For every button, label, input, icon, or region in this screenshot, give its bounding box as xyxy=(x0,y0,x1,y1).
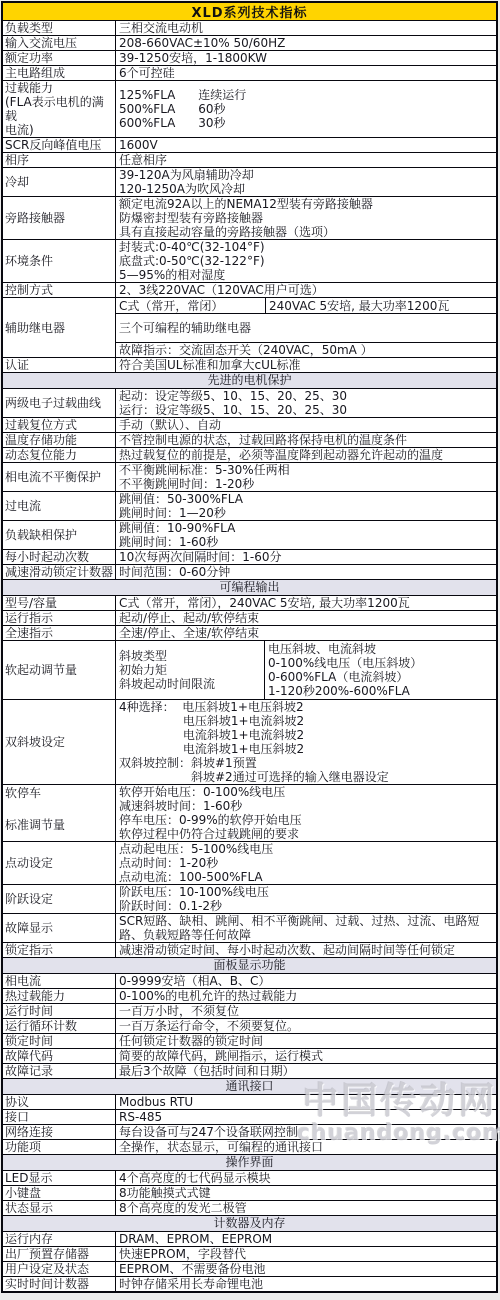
row-label-line: 故障记录 xyxy=(5,1064,113,1078)
value-line: EEPROM、不需要备份电池 xyxy=(119,1262,493,1276)
value-line: 最后3个故障（包括时间和日期） xyxy=(119,1064,493,1078)
value-line: 减速斜坡时间：1-60秒 xyxy=(119,799,493,813)
row-label: 故障代码 xyxy=(3,1049,116,1063)
row-label-line: 认证 xyxy=(5,358,113,372)
value-line: 点动时间：1-20秒 xyxy=(119,856,493,870)
spec-row: 出厂预置存储器快速EPROM，字段替代 xyxy=(3,1246,496,1261)
row-label-line: 冷却 xyxy=(5,175,113,189)
spec-row: 旁路接触器额定电流92A以上的NEMA12型装有旁路接触器防爆密封型装有旁路接触… xyxy=(3,196,496,239)
row-label-line: 协议 xyxy=(5,1095,113,1109)
row-value: 三相交流电动机 xyxy=(116,21,496,35)
row-label: 接口 xyxy=(3,1110,116,1124)
spec-row: SCR反向峰值电压1600V xyxy=(3,137,496,152)
spec-row: 运行循环计数一百万条运行命令，不须要复位。 xyxy=(3,1018,496,1033)
row-label-line: 状态显示 xyxy=(5,1201,113,1215)
spec-row: 控制方式2、3线220VAC（120VAC用户可选） xyxy=(3,282,496,297)
value-line: 39-1250安培，1-1800KW xyxy=(119,51,493,65)
row-value: 任意相序 xyxy=(116,153,496,167)
spec-row: 点动设定点动起电压：5-100%线电压点动时间：1-20秒点动电流：100-50… xyxy=(3,841,496,884)
value-line: 6个可控硅 xyxy=(119,66,493,80)
row-label-line: 接口 xyxy=(5,1110,113,1124)
sub-row: C式（常开，常闭）240VAC 5安培, 最大功率1200瓦 xyxy=(116,298,496,313)
row-value: 125%FLA 连续运行500%FLA 60秒600%FLA 30秒 xyxy=(116,81,496,137)
row-label: 状态显示 xyxy=(3,1201,116,1215)
spec-row: 小键盘8功能触摸式式键 xyxy=(3,1185,496,1200)
row-label-line: 出厂预置存储器 xyxy=(5,1247,113,1261)
section-header: 可编程输出 xyxy=(3,579,496,595)
value-line: 一百万条运行命令，不须要复位。 xyxy=(119,1019,493,1033)
row-value: 时间范围：0-60分钟 xyxy=(116,565,496,579)
row-label-line: 负载缺相保护 xyxy=(5,528,113,542)
row-label: 运行时间 xyxy=(3,1004,116,1018)
spec-row: 阶跃设定阶跃电压：10-100%线电压阶跃时间：0.1-2秒 xyxy=(3,884,496,913)
row-label-line: 故障显示 xyxy=(5,921,113,935)
row-value: 快速EPROM，字段替代 xyxy=(116,1247,496,1261)
row-label-line: 输入交流电压 xyxy=(5,36,113,50)
sub-cell-text: 三个可编程的辅助继电器 xyxy=(119,321,493,335)
row-label: 温度存储功能 xyxy=(3,433,116,447)
spec-row: 两级电子过载曲线起动：设定等级5、10、15、20、25、30运行：设定等级5、… xyxy=(3,388,496,417)
row-label: 每小时起动次数 xyxy=(3,550,116,564)
value-line: 三相交流电动机 xyxy=(119,21,493,35)
row-label-line: 过载能力 xyxy=(5,81,113,95)
row-value: 8个高亮度的发光二极管 xyxy=(116,1201,496,1215)
row-label: 全速指示 xyxy=(3,626,116,640)
row-label-line: 负载类型 xyxy=(5,21,113,35)
row-label-line: 点动设定 xyxy=(5,856,113,870)
row-label-line: 小键盘 xyxy=(5,1186,113,1200)
row-label: 用户设定及状态 xyxy=(3,1262,116,1276)
sub-cell-text: 240VAC 5安培, 最大功率1200瓦 xyxy=(269,299,493,313)
spec-row: 过载复位方式手动（默认）、自动 xyxy=(3,417,496,432)
row-label-line: 锁定时间 xyxy=(5,1034,113,1048)
spec-row: 相序任意相序 xyxy=(3,152,496,167)
row-label: 锁定时间 xyxy=(3,1034,116,1048)
spec-row: 负载缺相保护跳闸值：10-90%FLA跳闸时间：1-60秒 xyxy=(3,520,496,549)
value-line: 1600V xyxy=(119,138,493,152)
row-label-line: 故障代码 xyxy=(5,1049,113,1063)
sub-row: 故障指示：交流固态开关（240VAC，50mA ） xyxy=(116,342,496,357)
spec-row: 主电路组成6个可控硅 xyxy=(3,65,496,80)
row-label: 过电流 xyxy=(3,492,116,520)
value-line: 2、3线220VAC（120VAC用户可选） xyxy=(119,283,493,297)
split-left-line: 初始力矩 xyxy=(119,663,261,677)
value-line: 跳闸值：10-90%FLA xyxy=(119,521,493,535)
row-value: 任何锁定计数器的锁定时间 xyxy=(116,1034,496,1048)
split-right-line: 电压斜坡、电流斜坡 xyxy=(268,642,493,656)
value-line: 运行：设定等级5、10、15、20、25、30 xyxy=(119,403,493,417)
row-label-line: 锁定指示 xyxy=(5,943,113,957)
row-label: 输入交流电压 xyxy=(3,36,116,50)
value-line: 全操作，状态显示，可编程的通讯接口 xyxy=(119,1140,493,1154)
value-line: 时间范围：0-60分钟 xyxy=(119,565,493,579)
value-line: 跳闸值：50-300%FLA xyxy=(119,492,493,506)
value-line: 0-9999安培（相A、B、C） xyxy=(119,974,493,988)
spec-row: 功能项全操作，状态显示，可编程的通讯接口 xyxy=(3,1139,496,1154)
row-value: 简要的故障代码，跳闸指示，运行模式 xyxy=(116,1049,496,1063)
row-value: 额定电流92A以上的NEMA12型装有旁路接触器防爆密封型装有旁路接触器具有直接… xyxy=(116,197,496,239)
row-label: 相电流不平衡保护 xyxy=(3,463,116,491)
value-line: 跳闸时间：1—20秒 xyxy=(119,506,493,520)
row-value: 点动起电压：5-100%线电压点动时间：1-20秒点动电流：100-500%FL… xyxy=(116,842,496,884)
row-label: 负载类型 xyxy=(3,21,116,35)
row-label-line: 相电流不平衡保护 xyxy=(5,470,113,484)
row-value: RS-485 xyxy=(116,1110,496,1124)
row-label-line: 减速滑动锁定计数器 xyxy=(5,565,113,579)
value-line: 热过载复位的前提是，必须等温度降到起动器允许起动的温度 xyxy=(119,448,493,462)
value-line: 500%FLA 60秒 xyxy=(119,102,493,116)
value-line: 手动（默认）、自动 xyxy=(119,418,493,432)
value-line: 点动起电压：5-100%线电压 xyxy=(119,842,493,856)
row-value: 跳闸值：10-90%FLA跳闸时间：1-60秒 xyxy=(116,521,496,549)
value-line: 电流斜坡1+电压斜坡2 xyxy=(119,742,493,756)
row-label: 故障记录 xyxy=(3,1064,116,1078)
row-value: Modbus RTU xyxy=(116,1095,496,1109)
row-label-line: 旁路接触器 xyxy=(5,211,113,225)
spec-row: 环境条件封装式:0-40℃(32-104°F)底盘式:0-50℃(32-122°… xyxy=(3,239,496,282)
value-line: 底盘式:0-50℃(32-122°F) xyxy=(119,254,493,268)
value-line: 任何锁定计数器的锁定时间 xyxy=(119,1034,493,1048)
value-line: 封装式:0-40℃(32-104°F) xyxy=(119,240,493,254)
value-line: 斜坡#2通过可选择的输入继电器设定 xyxy=(119,770,493,784)
value-line: C式（常开，常闭），240VAC 5安培, 最大功率1200瓦 xyxy=(119,596,493,610)
row-label: 额定功率 xyxy=(3,51,116,65)
value-line: 125%FLA 连续运行 xyxy=(119,88,493,102)
row-label: 协议 xyxy=(3,1095,116,1109)
value-line: 跳闸时间：1-60秒 xyxy=(119,535,493,549)
value-line: 符合美国UL标准和加拿大cUL标准 xyxy=(119,358,493,372)
section-header: 通讯接口 xyxy=(3,1078,496,1094)
spec-row: 负载类型三相交流电动机 xyxy=(3,20,496,35)
row-label-line: 运行指示 xyxy=(5,611,113,625)
value-line: 起动：设定等级5、10、15、20、25、30 xyxy=(119,389,493,403)
value-line: 120-1250A为吹风冷却 xyxy=(119,182,493,196)
split-left-line: 斜坡起动时间限流 xyxy=(119,677,261,691)
row-label: 运行循环计数 xyxy=(3,1019,116,1033)
row-value: 6个可控硅 xyxy=(116,66,496,80)
row-label-line: (FLA表示电机的满载 xyxy=(5,95,113,123)
row-label-line: 型号/容量 xyxy=(5,596,113,610)
split-cell: 斜坡类型初始力矩斜坡起动时间限流电压斜坡、电流斜坡0-100%线电压（电压斜坡）… xyxy=(116,641,496,699)
split-right-line: 0-600%FLA（电流斜坡） xyxy=(268,670,493,684)
spec-row: 输入交流电压208-660VAC±10% 50/60HZ xyxy=(3,35,496,50)
value-line: 简要的故障代码，跳闸指示，运行模式 xyxy=(119,1049,493,1063)
row-label: 功能项 xyxy=(3,1140,116,1154)
value-line: 600%FLA 30秒 xyxy=(119,116,493,130)
value-line: 208-660VAC±10% 50/60HZ xyxy=(119,36,493,50)
row-label-line: 实时时间计数器 xyxy=(5,1277,113,1291)
row-value: 2、3线220VAC（120VAC用户可选） xyxy=(116,283,496,297)
section-header: 操作界面 xyxy=(3,1154,496,1170)
spec-row: 运行时间一百万小时，不须复位 xyxy=(3,1003,496,1018)
value-line: 5—95%的相对湿度 xyxy=(119,268,493,282)
value-line: SCR短路、缺相、跳闸、相不平衡跳闸、过载、过热、过流、电路短路、负载短路等任何… xyxy=(119,914,493,942)
row-label: 型号/容量 xyxy=(3,596,116,610)
value-line: 每台设备可与247个设备联网控制 xyxy=(119,1125,493,1139)
spec-row: 软停车标准调节量软停开始电压：0-100%线电压减速斜坡时间：1-60秒停车电压… xyxy=(3,784,496,841)
row-label: 环境条件 xyxy=(3,240,116,282)
row-label-line: 相序 xyxy=(5,153,113,167)
value-line: 电流斜坡1+电流斜坡2 xyxy=(119,728,493,742)
split-left-line: 斜坡类型 xyxy=(119,649,261,663)
row-value: 全操作，状态显示，可编程的通讯接口 xyxy=(116,1140,496,1154)
value-line: 4种选择： 电压斜坡1+电压斜坡2 xyxy=(119,700,493,714)
spec-row: 软起动调节量斜坡类型初始力矩斜坡起动时间限流电压斜坡、电流斜坡0-100%线电压… xyxy=(3,640,496,699)
split-left-column: 斜坡类型初始力矩斜坡起动时间限流 xyxy=(116,641,265,699)
spec-row: 温度存储功能不管控制电源的状态，过载回路将保持电机的温度条件 xyxy=(3,432,496,447)
spec-row: 用户设定及状态EEPROM、不需要备份电池 xyxy=(3,1261,496,1276)
row-value: 一百万条运行命令，不须要复位。 xyxy=(116,1019,496,1033)
row-value: 手动（默认）、自动 xyxy=(116,418,496,432)
row-label-line: 控制方式 xyxy=(5,283,113,297)
row-value: 封装式:0-40℃(32-104°F)底盘式:0-50℃(32-122°F)5—… xyxy=(116,240,496,282)
spec-row: 锁定时间任何锁定计数器的锁定时间 xyxy=(3,1033,496,1048)
spec-row: 辅助继电器C式（常开，常闭）240VAC 5安培, 最大功率1200瓦三个可编程… xyxy=(3,297,496,357)
value-line: 8功能触摸式式键 xyxy=(119,1186,493,1200)
spec-row: 相电流不平衡保护不平衡跳闸标准：5-30%任两相不平衡跳闸时间：1-20秒 xyxy=(3,462,496,491)
row-label: 锁定指示 xyxy=(3,943,116,957)
spec-row: 额定功率39-1250安培，1-1800KW xyxy=(3,50,496,65)
spec-row: 双斜坡设定4种选择： 电压斜坡1+电压斜坡2 电压斜坡1+电流斜坡2 电流斜坡1… xyxy=(3,699,496,784)
row-label: 阶跃设定 xyxy=(3,885,116,913)
spec-row: 过载能力(FLA表示电机的满载电流)125%FLA 连续运行500%FLA 60… xyxy=(3,80,496,137)
row-value: 阶跃电压：10-100%线电压阶跃时间：0.1-2秒 xyxy=(116,885,496,913)
value-line: 防爆密封型装有旁路接触器 xyxy=(119,211,493,225)
row-value: 热过载复位的前提是，必须等温度降到起动器允许起动的温度 xyxy=(116,448,496,462)
section-header: 面板显示功能 xyxy=(3,957,496,973)
row-label-line: 热过载能力 xyxy=(5,989,113,1003)
row-value: 8功能触摸式式键 xyxy=(116,1186,496,1200)
row-label-line: 软停车 xyxy=(5,786,113,800)
page-title: XLD系列技术指标 xyxy=(3,3,496,20)
value-line: 不管控制电源的状态，过载回路将保持电机的温度条件 xyxy=(119,433,493,447)
sub-cell: 三个可编程的辅助继电器 xyxy=(116,314,496,342)
row-label-line: 用户设定及状态 xyxy=(5,1262,113,1276)
spec-row: 故障代码简要的故障代码，跳闸指示，运行模式 xyxy=(3,1048,496,1063)
spec-row: 相电流0-9999安培（相A、B、C） xyxy=(3,973,496,988)
value-line: 全速/停止、全速/软停结束 xyxy=(119,626,493,640)
row-label: 动态复位能力 xyxy=(3,448,116,462)
row-label-line: 过电流 xyxy=(5,499,113,513)
spec-row: 动态复位能力热过载复位的前提是，必须等温度降到起动器允许起动的温度 xyxy=(3,447,496,462)
value-line: 不平衡跳闸时间：1-20秒 xyxy=(119,477,493,491)
value-line: 电压斜坡1+电流斜坡2 xyxy=(119,714,493,728)
row-label: 实时时间计数器 xyxy=(3,1277,116,1291)
sub-cell-text: C式（常开，常闭） xyxy=(119,299,262,313)
sub-cell: C式（常开，常闭） xyxy=(116,298,265,313)
row-label: 网络连接 xyxy=(3,1125,116,1139)
value-line: 额定电流92A以上的NEMA12型装有旁路接触器 xyxy=(119,197,493,211)
row-label: 冷却 xyxy=(3,168,116,196)
row-label-line: 标准调节量 xyxy=(5,818,113,832)
spec-row: 减速滑动锁定计数器时间范围：0-60分钟 xyxy=(3,564,496,579)
value-line: 一百万小时，不须复位 xyxy=(119,1004,493,1018)
value-line: 10次每两次间隔时间：1-60分 xyxy=(119,550,493,564)
row-label-line: 功能项 xyxy=(5,1140,113,1154)
row-label: 点动设定 xyxy=(3,842,116,884)
value-line: 软停开始电压：0-100%线电压 xyxy=(119,785,493,799)
row-label-line: 阶跃设定 xyxy=(5,892,113,906)
split-right-line: 0-100%线电压（电压斜坡） xyxy=(268,656,493,670)
value-line: 阶跃电压：10-100%线电压 xyxy=(119,885,493,899)
row-label: 两级电子过载曲线 xyxy=(3,389,116,417)
row-label: SCR反向峰值电压 xyxy=(3,138,116,152)
row-label: 认证 xyxy=(3,358,116,372)
value-line: 时钟存储采用长寿命锂电池 xyxy=(119,1277,493,1291)
spec-row: 冷却39-120A为风扇辅助冷却120-1250A为吹风冷却 xyxy=(3,167,496,196)
row-label: LED显示 xyxy=(3,1171,116,1185)
row-label-line: 双斜坡设定 xyxy=(5,735,113,749)
value-line: 停车电压：0-99%的软停开始电压 xyxy=(119,813,493,827)
spec-row: 型号/容量C式（常开，常闭），240VAC 5安培, 最大功率1200瓦 xyxy=(3,595,496,610)
row-label: 运行内存 xyxy=(3,1232,116,1246)
row-label-line: 两级电子过载曲线 xyxy=(5,396,113,410)
row-value: 一百万小时，不须复位 xyxy=(116,1004,496,1018)
value-line: 任意相序 xyxy=(119,153,493,167)
row-value: 软停开始电压：0-100%线电压减速斜坡时间：1-60秒停车电压：0-99%的软… xyxy=(116,785,496,841)
row-value: 4个高亮度的七代码显示模块 xyxy=(116,1171,496,1185)
row-value: 减速滑动锁定时间、每小时起动次数、起动间隔时间等任何锁定 xyxy=(116,943,496,957)
row-value: 起动：设定等级5、10、15、20、25、30运行：设定等级5、10、15、20… xyxy=(116,389,496,417)
row-label-line: 运行时间 xyxy=(5,1004,113,1018)
row-value: 10次每两次间隔时间：1-60分 xyxy=(116,550,496,564)
value-line: 软停过程中仍符合过载跳闸的要求 xyxy=(119,827,493,841)
sub-cell-text: 故障指示：交流固态开关（240VAC，50mA ） xyxy=(119,343,493,357)
row-value: 39-120A为风扇辅助冷却120-1250A为吹风冷却 xyxy=(116,168,496,196)
row-value: EEPROM、不需要备份电池 xyxy=(116,1262,496,1276)
sub-row: 三个可编程的辅助继电器 xyxy=(116,313,496,342)
row-value: 起动/停止、起动/软停结束 xyxy=(116,611,496,625)
row-value: C式（常开，常闭），240VAC 5安培, 最大功率1200瓦 xyxy=(116,596,496,610)
value-line: RS-485 xyxy=(119,1110,493,1124)
value-line: 8个高亮度的发光二极管 xyxy=(119,1201,493,1215)
spec-row: 状态显示8个高亮度的发光二极管 xyxy=(3,1200,496,1215)
row-label-line: 网络连接 xyxy=(5,1125,113,1139)
row-label-line: 动态复位能力 xyxy=(5,448,113,462)
row-label-line: SCR反向峰值电压 xyxy=(5,138,113,152)
spec-row: 认证符合美国UL标准和加拿大cUL标准 xyxy=(3,357,496,372)
row-value: 208-660VAC±10% 50/60HZ xyxy=(116,36,496,50)
value-line: 0-100%的电机允许的热过载能力 xyxy=(119,989,493,1003)
row-value: 跳闸值：50-300%FLA跳闸时间：1—20秒 xyxy=(116,492,496,520)
row-label: 过载复位方式 xyxy=(3,418,116,432)
split-right-column: 电压斜坡、电流斜坡0-100%线电压（电压斜坡）0-600%FLA（电流斜坡）1… xyxy=(265,641,496,699)
row-label: 小键盘 xyxy=(3,1186,116,1200)
row-value: 全速/停止、全速/软停结束 xyxy=(116,626,496,640)
row-value: 每台设备可与247个设备联网控制 xyxy=(116,1125,496,1139)
spec-row: 故障显示SCR短路、缺相、跳闸、相不平衡跳闸、过载、过热、过流、电路短路、负载短… xyxy=(3,913,496,942)
row-label-line: 电流) xyxy=(5,123,113,137)
row-label-line: 温度存储功能 xyxy=(5,433,113,447)
spec-row: 每小时起动次数10次每两次间隔时间：1-60分 xyxy=(3,549,496,564)
row-label: 相电流 xyxy=(3,974,116,988)
row-value: SCR短路、缺相、跳闸、相不平衡跳闸、过载、过热、过流、电路短路、负载短路等任何… xyxy=(116,914,496,942)
row-label: 热过载能力 xyxy=(3,989,116,1003)
row-value: 不平衡跳闸标准：5-30%任两相不平衡跳闸时间：1-20秒 xyxy=(116,463,496,491)
row-label: 主电路组成 xyxy=(3,66,116,80)
row-label: 旁路接触器 xyxy=(3,197,116,239)
row-label-line: 运行循环计数 xyxy=(5,1019,113,1033)
row-label: 控制方式 xyxy=(3,283,116,297)
row-value: 1600V xyxy=(116,138,496,152)
row-label-line: LED显示 xyxy=(5,1171,113,1185)
row-label: 故障显示 xyxy=(3,914,116,942)
row-value: 0-100%的电机允许的热过载能力 xyxy=(116,989,496,1003)
value-line: 39-120A为风扇辅助冷却 xyxy=(119,168,493,182)
value-line: 具有直接起动容量的旁路接触器（选项） xyxy=(119,225,493,239)
value-line: 4个高亮度的七代码显示模块 xyxy=(119,1171,493,1185)
spec-row: 实时时间计数器时钟存储采用长寿命锂电池 xyxy=(3,1276,496,1291)
spec-row: 热过载能力0-100%的电机允许的热过载能力 xyxy=(3,988,496,1003)
sub-cell: 故障指示：交流固态开关（240VAC，50mA ） xyxy=(116,343,496,357)
spec-row: LED显示4个高亮度的七代码显示模块 xyxy=(3,1170,496,1185)
row-label: 软起动调节量 xyxy=(3,641,116,699)
row-value: 0-9999安培（相A、B、C） xyxy=(116,974,496,988)
section-header: 先进的电机保护 xyxy=(3,372,496,388)
row-label: 软停车标准调节量 xyxy=(3,785,116,841)
value-line: 点动电流：100-500%FLA xyxy=(119,870,493,884)
row-label: 辅助继电器 xyxy=(3,298,116,357)
spec-row: 全速指示全速/停止、全速/软停结束 xyxy=(3,625,496,640)
spec-table: XLD系列技术指标 负载类型三相交流电动机输入交流电压208-660VAC±10… xyxy=(1,1,498,1293)
row-value: 39-1250安培，1-1800KW xyxy=(116,51,496,65)
spec-row: 故障记录最后3个故障（包括时间和日期） xyxy=(3,1063,496,1078)
row-label-line: 软起动调节量 xyxy=(5,663,113,677)
spec-row: 过电流跳闸值：50-300%FLA跳闸时间：1—20秒 xyxy=(3,491,496,520)
row-label-line: 运行内存 xyxy=(5,1232,113,1246)
spec-row: 网络连接每台设备可与247个设备联网控制 xyxy=(3,1124,496,1139)
row-value: 时钟存储采用长寿命锂电池 xyxy=(116,1277,496,1291)
row-value: DRAM、EPROM、EEPROM xyxy=(116,1232,496,1246)
row-value: 不管控制电源的状态，过载回路将保持电机的温度条件 xyxy=(116,433,496,447)
row-label-line: 主电路组成 xyxy=(5,66,113,80)
row-label-line: 额定功率 xyxy=(5,51,113,65)
value-line: 起动/停止、起动/软停结束 xyxy=(119,611,493,625)
value-line: DRAM、EPROM、EEPROM xyxy=(119,1232,493,1246)
row-label: 减速滑动锁定计数器 xyxy=(3,565,116,579)
row-label-line: 环境条件 xyxy=(5,254,113,268)
row-label-line: 相电流 xyxy=(5,974,113,988)
row-label: 运行指示 xyxy=(3,611,116,625)
sub-table: C式（常开，常闭）240VAC 5安培, 最大功率1200瓦三个可编程的辅助继电… xyxy=(116,298,496,357)
spec-row: 接口RS-485 xyxy=(3,1109,496,1124)
value-line: 阶跃时间：0.1-2秒 xyxy=(119,899,493,913)
sub-cell: 240VAC 5安培, 最大功率1200瓦 xyxy=(265,298,496,313)
row-label: 负载缺相保护 xyxy=(3,521,116,549)
row-label-line: 全速指示 xyxy=(5,626,113,640)
row-label: 相序 xyxy=(3,153,116,167)
spec-row: 协议Modbus RTU xyxy=(3,1094,496,1109)
value-line: 快速EPROM，字段替代 xyxy=(119,1247,493,1261)
row-label: 双斜坡设定 xyxy=(3,700,116,784)
row-value: 最后3个故障（包括时间和日期） xyxy=(116,1064,496,1078)
row-label-line: 每小时起动次数 xyxy=(5,550,113,564)
row-value: 4种选择： 电压斜坡1+电压斜坡2 电压斜坡1+电流斜坡2 电流斜坡1+电流斜坡… xyxy=(116,700,496,784)
spec-row: 运行指示起动/停止、起动/软停结束 xyxy=(3,610,496,625)
spec-row: 运行内存DRAM、EPROM、EEPROM xyxy=(3,1231,496,1246)
value-line: Modbus RTU xyxy=(119,1095,493,1109)
row-label-line: 过载复位方式 xyxy=(5,418,113,432)
row-label: 出厂预置存储器 xyxy=(3,1247,116,1261)
row-label: 过载能力(FLA表示电机的满载电流) xyxy=(3,81,116,137)
section-header: 计数器及内存 xyxy=(3,1215,496,1231)
spec-row: 锁定指示减速滑动锁定时间、每小时起动次数、起动间隔时间等任何锁定 xyxy=(3,942,496,957)
value-line: 不平衡跳闸标准：5-30%任两相 xyxy=(119,463,493,477)
row-value: 符合美国UL标准和加拿大cUL标准 xyxy=(116,358,496,372)
split-right-line: 1-120秒200%-600%FLA xyxy=(268,684,493,698)
value-line: 双斜坡控制：斜坡#1预置 xyxy=(119,756,493,770)
row-label-line: 辅助继电器 xyxy=(5,321,113,335)
